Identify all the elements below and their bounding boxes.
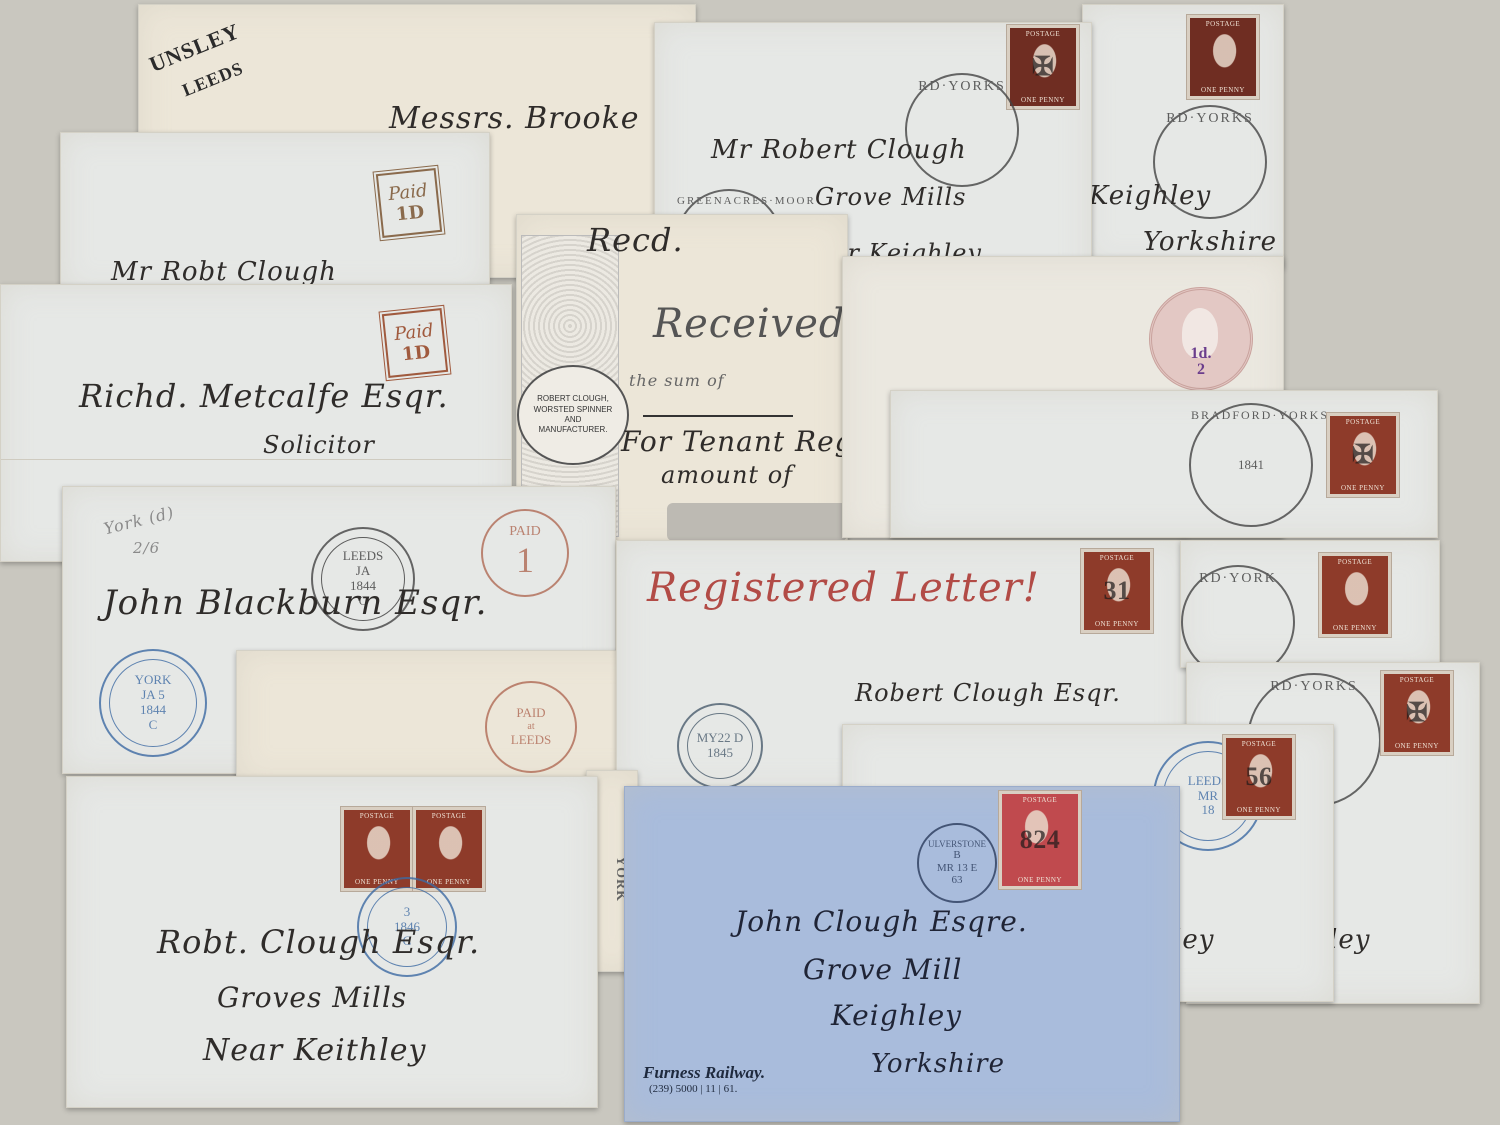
receipt-rule (643, 415, 793, 417)
maltese-cross-cancel-icon: ✠ (1014, 42, 1072, 92)
cover-robt-clough-pair: POSTAGE ONE PENNY POSTAGE ONE PENNY 3 18… (66, 776, 598, 1108)
queen-profile-icon (1207, 34, 1239, 76)
penny-red-stamp: POSTAGE ✠ ONE PENNY (1381, 671, 1453, 755)
maltese-cross-cancel-icon: ✠ (1388, 688, 1446, 738)
registered-annotation: Registered Letter! (647, 565, 1040, 611)
address-line: Keighley (831, 999, 962, 1032)
queen-profile-icon (1339, 572, 1371, 614)
pencil-note: York (d) (102, 503, 176, 539)
address-line: Messrs. Brooke (389, 101, 640, 136)
address-line: Richd. Metcalfe Esqr. (79, 377, 449, 415)
fold-line (1, 459, 511, 460)
queen-profile-icon (361, 826, 393, 868)
penny-red-stamp: POSTAGE ✠ ONE PENNY (1007, 25, 1079, 109)
penny-red-stamp: POSTAGE ONE PENNY (1319, 553, 1391, 637)
penny-red-stamp: POSTAGE 56 ONE PENNY (1223, 735, 1295, 819)
pencil-note: 2/6 (133, 539, 160, 557)
receipt-sum-label: the sum of (629, 371, 725, 390)
company-medallion: ROBERT CLOUGH, WORSTED SPINNER AND MANUF… (517, 365, 629, 465)
address-line: Near Keithley (203, 1033, 426, 1068)
address-line: Grove Mills (815, 183, 966, 211)
address-line: Groves Mills (217, 981, 407, 1014)
cover-bradford-1841: BRADFORD·YORKS 1841 POSTAGE ✠ ONE PENNY (890, 390, 1438, 538)
cover-paid-at-leeds: PAID at LEEDS (236, 650, 680, 782)
york-postmark: YORK JA 5 1844 C (99, 649, 207, 757)
address-line: Mr Robt Clough (111, 257, 337, 287)
penny-red-stamp: POSTAGE ✠ ONE PENNY (1327, 413, 1399, 497)
maltese-cross-cancel-icon: ✠ (1334, 430, 1392, 480)
penny-red-stamp: POSTAGE 31 ONE PENNY (1081, 549, 1153, 633)
cover-furness-railway: ULVERSTONE B MR 13 E 63 POSTAGE 824 ONE … (624, 786, 1180, 1122)
receipt-amount: amount of (661, 461, 793, 489)
address-line: Solicitor (263, 431, 375, 459)
handstamp-leeds: LEEDS (179, 58, 246, 101)
queen-profile-icon (433, 826, 465, 868)
company-imprint: Furness Railway. (239) 5000 | 11 | 61. (643, 1063, 765, 1095)
penny-red-stamp: POSTAGE 824 ONE PENNY (999, 791, 1081, 889)
paid-handstamp: Paid 1D (382, 308, 448, 378)
address-line: John Blackburn Esqr. (103, 583, 487, 623)
paid-handstamp: Paid 1D (376, 168, 442, 238)
cover-yorks-12: RD·YORK POSTAGE ONE PENNY (1180, 540, 1440, 668)
dated-postmark: MY22 D 1845 (677, 703, 763, 789)
yorks-postmark: RD·YORKS (905, 73, 1019, 187)
yorks-postmark: RD·YORK (1181, 565, 1295, 668)
embossed-stamp: 1d. 2 (1149, 287, 1253, 391)
address-line: Keighley (1089, 181, 1211, 211)
receipt-heading: Received (653, 301, 846, 347)
cover-paid-clough: Paid 1D Mr Robt Clough (60, 132, 490, 294)
receipt-purpose: For Tenant Reg (621, 425, 848, 458)
penny-red-stamp: POSTAGE ONE PENNY (413, 807, 485, 891)
address-line: Mr Robert Clough (711, 135, 967, 165)
address-line: John Clough Esqre. (735, 905, 1028, 938)
penny-red-stamp: POSTAGE ONE PENNY (1187, 15, 1259, 99)
address-line: Yorkshire (871, 1049, 1005, 1079)
amount-panel (667, 503, 847, 541)
bradford-postmark: BRADFORD·YORKS 1841 (1189, 403, 1313, 527)
address-line: Grove Mill (803, 953, 962, 986)
cover-keighley-yorkshire: POSTAGE ONE PENNY RD·YORKS Keighley York… (1082, 4, 1284, 268)
paid-1-postmark: PAID 1 (481, 509, 569, 597)
address-line: Yorkshire (1143, 227, 1277, 257)
address-line: Robt. Clough Esqr. (157, 923, 480, 961)
address-line: Robert Clough Esqr. (855, 679, 1121, 707)
address-fragment: ley (1329, 925, 1370, 955)
paid-at-leeds-postmark: PAID at LEEDS (485, 681, 577, 773)
ulverstone-postmark: ULVERSTONE B MR 13 E 63 (917, 823, 997, 903)
receipt-recd: Recd. (587, 221, 684, 259)
